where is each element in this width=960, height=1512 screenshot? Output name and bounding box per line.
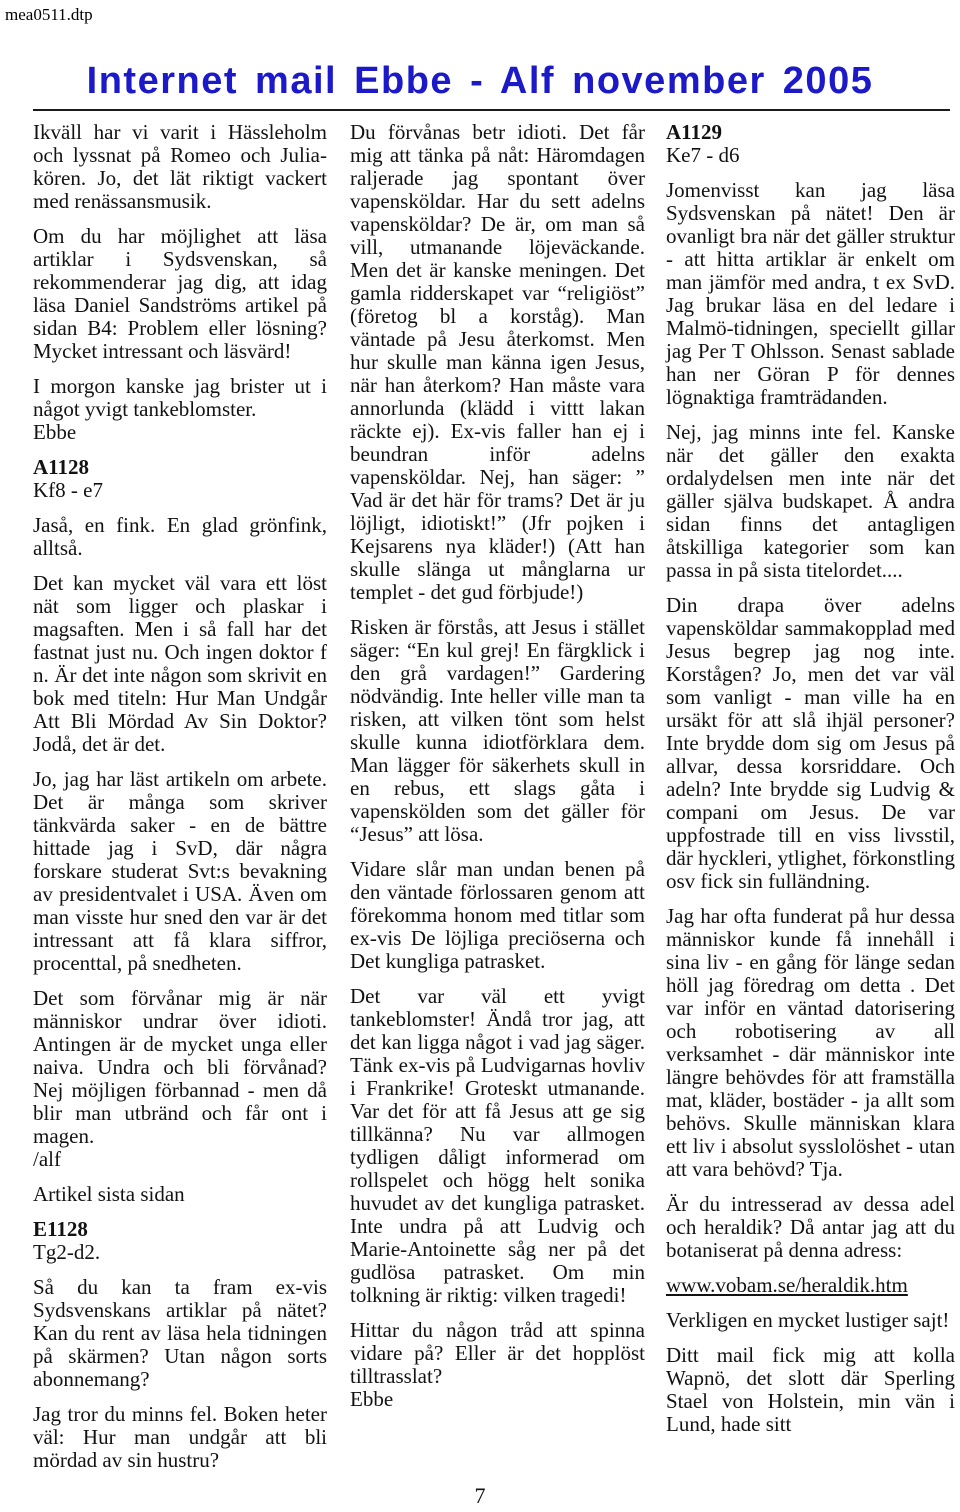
heraldik-url-link[interactable]: www.vobam.se/heraldik.htm <box>666 1274 955 1297</box>
paragraph: Jo, jag har läst artikeln om arbete. Det… <box>33 768 327 975</box>
signature-line: Ebbe <box>350 1388 645 1411</box>
paragraph: Ikväll har vi varit i Hässleholm och lys… <box>33 121 327 213</box>
header-rule <box>33 109 950 111</box>
filename-label: mea0511.dtp <box>5 5 93 24</box>
paragraph: Jaså, en fink. En glad grönfink, alltså. <box>33 514 327 560</box>
columns-container: Ikväll har vi varit i Hässleholm och lys… <box>0 121 960 1472</box>
text-column-1: Ikväll har vi varit i Hässleholm och lys… <box>33 121 327 1472</box>
paragraph: Det som förvånar mig är när människor un… <box>33 987 327 1148</box>
paragraph: Du förvånas betr idioti. Det får mig att… <box>350 121 645 604</box>
chess-move-line: Kf8 - e7 <box>33 479 327 502</box>
signature-line: Ebbe <box>33 421 327 444</box>
text-column-2: Du förvånas betr idioti. Det får mig att… <box>350 121 645 1411</box>
paragraph: Är du intresserad av dessa adel och hera… <box>666 1193 955 1262</box>
paragraph: Verkligen en mycket lustiger sajt! <box>666 1309 955 1332</box>
chess-move-line: Tg2-d2. <box>33 1241 327 1264</box>
paragraph: Så du kan ta fram ex-vis Sydsvenskans ar… <box>33 1276 327 1391</box>
document-page: mea0511.dtp Internet mail Ebbe - Alf nov… <box>0 0 960 1512</box>
paragraph: Risken är förstås, att Jesus i stället s… <box>350 616 645 846</box>
paragraph: Om du har möjlighet att läsa artiklar i … <box>33 225 327 363</box>
mail-id-heading: A1128 <box>33 456 327 479</box>
chess-move-line: Ke7 - d6 <box>666 144 955 167</box>
paragraph: Nej, jag minns inte fel. Kanske när det … <box>666 421 955 582</box>
paragraph: I morgon kanske jag brister ut i något y… <box>33 375 327 421</box>
paragraph: Artikel sista sidan <box>33 1183 327 1206</box>
mail-id-heading: E1128 <box>33 1218 327 1241</box>
paragraph: Jag tror du minns fel. Boken heter väl: … <box>33 1403 327 1472</box>
paragraph: Jag har ofta funderat på hur dessa männi… <box>666 905 955 1181</box>
paragraph: Vidare slår man undan benen på den vänta… <box>350 858 645 973</box>
paragraph: Hittar du någon tråd att spinna vidare p… <box>350 1319 645 1388</box>
paragraph: Jomenvisst kan jag läsa Sydsvenskan på n… <box>666 179 955 409</box>
paragraph: Din drapa över adelns vapensköldar samma… <box>666 594 955 893</box>
signature-line: /alf <box>33 1148 327 1171</box>
page-number: 7 <box>0 1484 960 1508</box>
paragraph: Det kan mycket väl vara ett löst nät som… <box>33 572 327 756</box>
paragraph: Ditt mail fick mig att kolla Wapnö, det … <box>666 1344 955 1436</box>
page-title: Internet mail Ebbe - Alf november 2005 <box>0 60 960 102</box>
mail-id-heading: A1129 <box>666 121 955 144</box>
paragraph: Det var väl ett yvigt tankeblomster! Änd… <box>350 985 645 1307</box>
text-column-3: A1129Ke7 - d6Jomenvisst kan jag läsa Syd… <box>666 121 955 1436</box>
